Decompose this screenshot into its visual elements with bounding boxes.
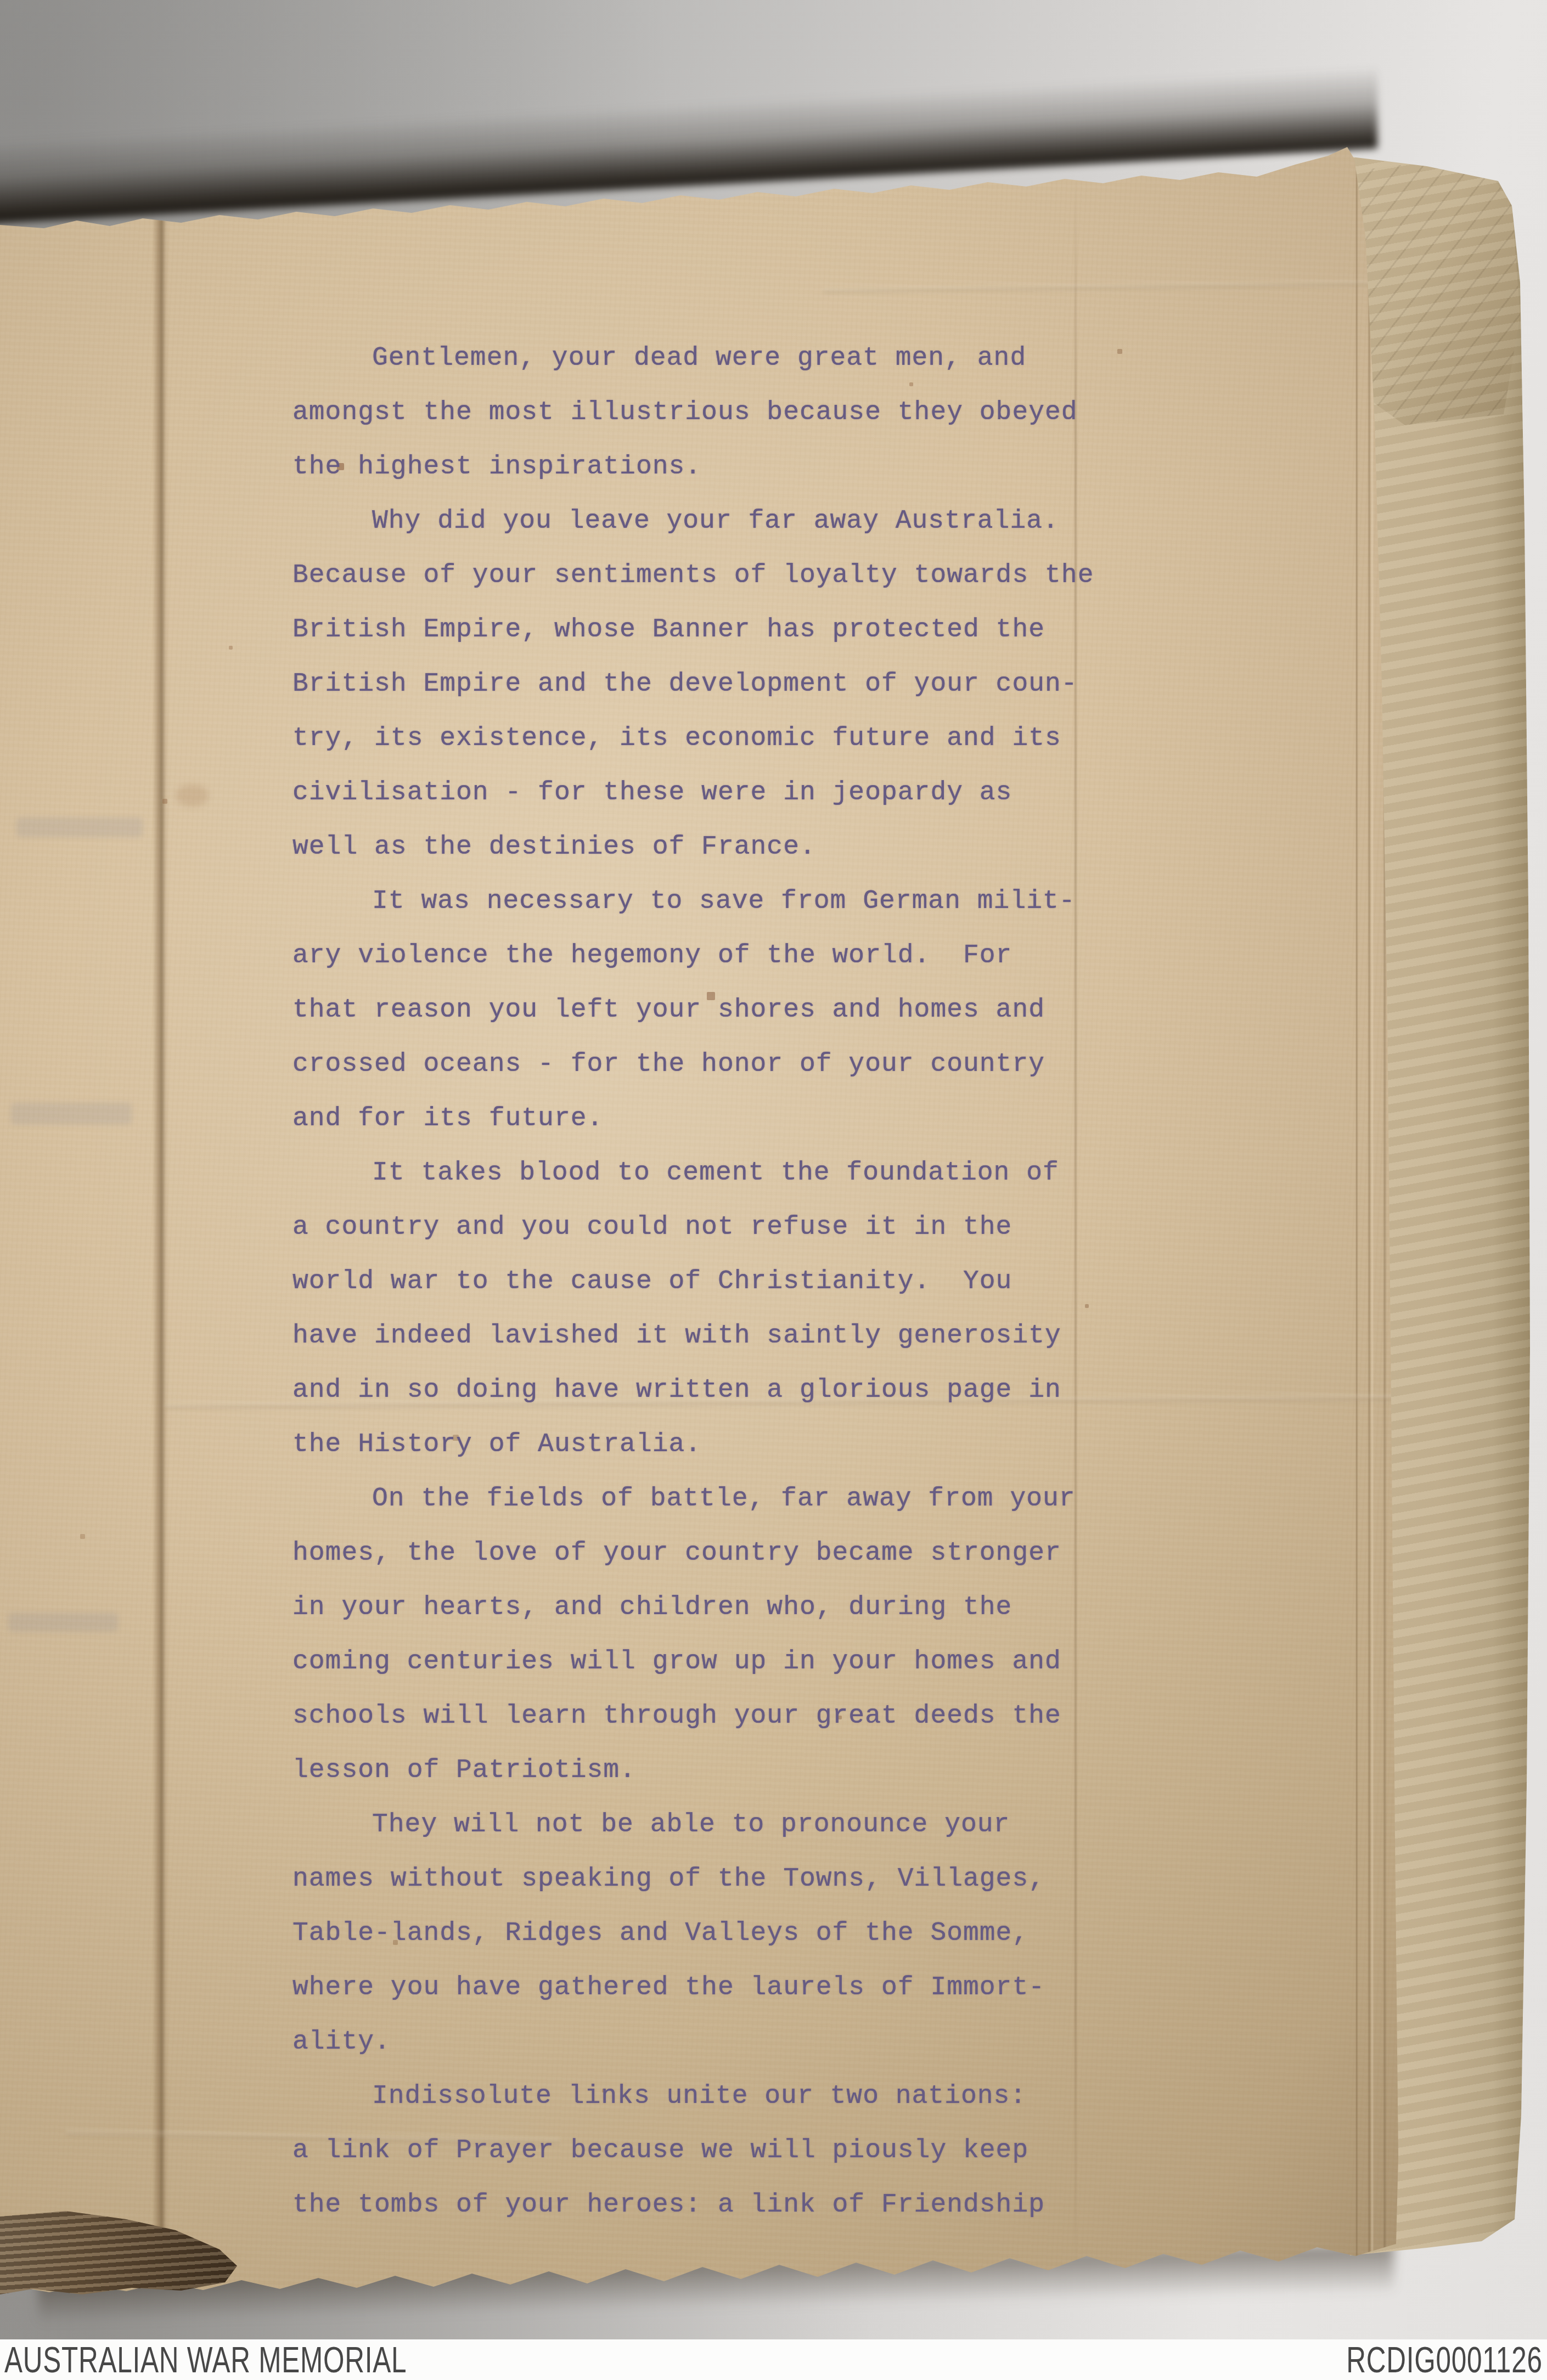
typewritten-line: well as the destinies of France. <box>292 820 1253 875</box>
typewritten-line: civilisation - for these were in jeopard… <box>292 766 1253 820</box>
typewritten-line: ality. <box>292 2015 1253 2069</box>
typewritten-line: amongst the most illustrious because the… <box>292 386 1253 440</box>
typewritten-line: names without speaking of the Towns, Vil… <box>292 1852 1253 1907</box>
typewritten-line: homes, the love of your country became s… <box>292 1526 1253 1581</box>
footer-archive-label: AUSTRALIAN WAR MEMORIAL <box>4 2339 407 2380</box>
typewritten-line: and in so doing have written a glorious … <box>292 1363 1253 1418</box>
typewritten-line: On the fields of battle, far away from y… <box>292 1472 1253 1526</box>
typewritten-line: a link of Prayer because we will piously… <box>292 2124 1253 2178</box>
typewritten-line: the tombs of your heroes: a link of Frie… <box>292 2178 1253 2232</box>
document-page: Gentlemen, your dead were great men, and… <box>0 137 1399 2304</box>
typewritten-line: a country and you could not refuse it in… <box>292 1200 1253 1255</box>
typewritten-line: lesson of Patriotism. <box>292 1744 1253 1798</box>
typewritten-line: British Empire and the development of yo… <box>292 657 1253 712</box>
typewritten-line: schools will learn through your great de… <box>292 1689 1253 1744</box>
typewritten-line: ary violence the hegemony of the world. … <box>292 929 1253 983</box>
typewritten-line: Indissolute links unite our two nations: <box>292 2069 1253 2124</box>
typewritten-line: Because of your sentiments of loyalty to… <box>292 549 1253 603</box>
typewritten-line: the highest inspirations. <box>292 440 1253 494</box>
ink-ghost-impression <box>16 817 143 837</box>
typewritten-line: It takes blood to cement the foundation … <box>292 1146 1253 1200</box>
scanner-bed: Gentlemen, your dead were great men, and… <box>0 0 1547 2380</box>
typewritten-line: Table-lands, Ridges and Valleys of the S… <box>292 1907 1253 1961</box>
typewritten-line: coming centuries will grow up in your ho… <box>292 1635 1253 1689</box>
typewritten-line: They will not be able to pronounce your <box>292 1798 1253 1852</box>
typewritten-line: Gentlemen, your dead were great men, and <box>292 331 1253 386</box>
gutter-fold-crease <box>153 137 169 2304</box>
typewritten-line: have indeed lavished it with saintly gen… <box>292 1309 1253 1363</box>
typewritten-line: try, its existence, its economic future … <box>292 712 1253 766</box>
typewritten-line: in your hearts, and children who, during… <box>292 1581 1253 1635</box>
typewritten-line: British Empire, whose Banner has protect… <box>292 603 1253 657</box>
typewritten-line: crossed oceans - for the honor of your c… <box>292 1037 1253 1092</box>
typewritten-text: Gentlemen, your dead were great men, and… <box>292 331 1253 2232</box>
typewritten-line: and for its future. <box>292 1092 1253 1146</box>
paper-stain <box>176 785 209 807</box>
ink-ghost-impression <box>8 1613 118 1632</box>
typewritten-line: where you have gathered the laurels of I… <box>292 1961 1253 2015</box>
typewritten-line: that reason you left your shores and hom… <box>292 983 1253 1037</box>
typewritten-line: world war to the cause of Christianity. … <box>292 1255 1253 1309</box>
ink-ghost-impression <box>11 1103 132 1125</box>
footer-id-label: RCDIG0001126 <box>1346 2339 1543 2380</box>
footer-bar: AUSTRALIAN WAR MEMORIAL RCDIG0001126 <box>0 2339 1547 2380</box>
typewritten-line: It was necessary to save from German mil… <box>292 875 1253 929</box>
typewritten-line: Why did you leave your far away Australi… <box>292 494 1253 549</box>
typewritten-line: the History of Australia. <box>292 1418 1253 1472</box>
